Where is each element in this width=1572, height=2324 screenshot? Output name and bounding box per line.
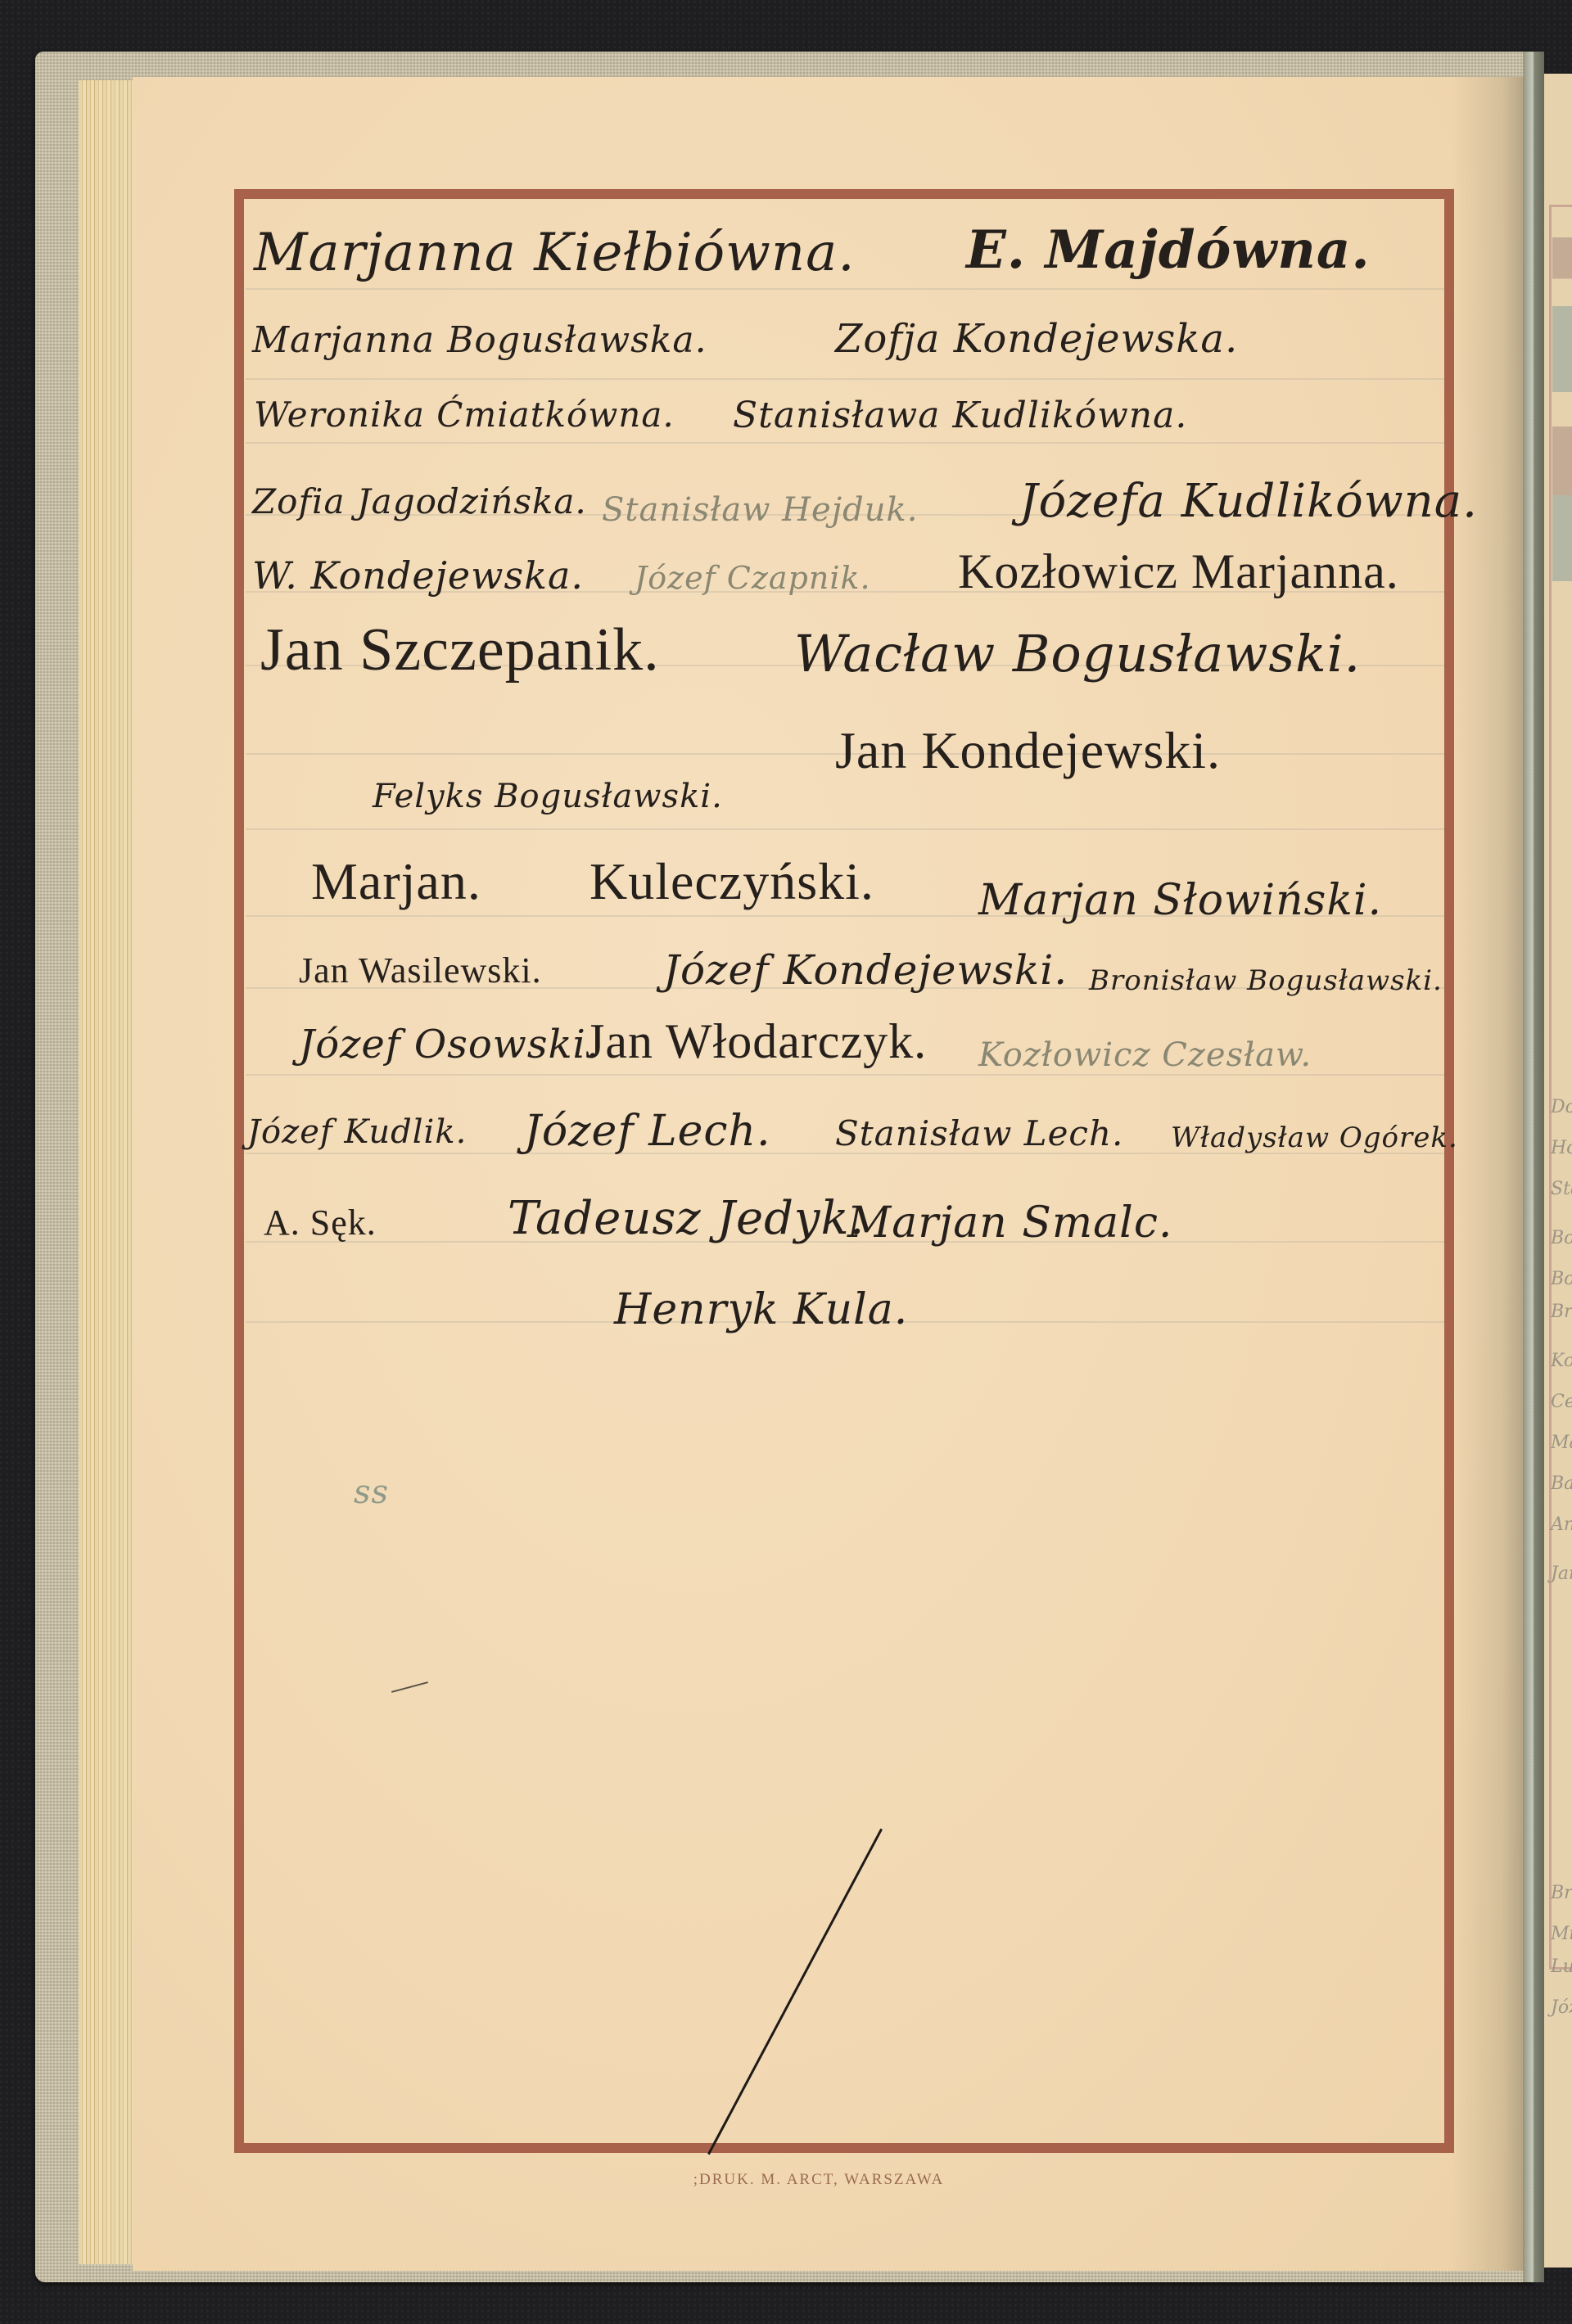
- signature-faint: Józef Czapnik.: [635, 560, 871, 596]
- signature: Marjanna Kiełbiówna.: [254, 223, 856, 283]
- signature: Felyks Bogusławski.: [373, 778, 723, 815]
- signature: Władysław Ogórek.: [1171, 1121, 1458, 1154]
- signature-faint: Stanisław Hejduk.: [602, 491, 918, 529]
- signature: Józef Kondejewski.: [663, 946, 1068, 994]
- next-page-text: Broni: [1551, 1302, 1572, 1322]
- signature: Kuleczyński.: [589, 851, 874, 912]
- next-page-text: Bolk: [1551, 1228, 1572, 1248]
- signature: Bronisław Bogusławski.: [1089, 964, 1443, 997]
- signature: Tadeusz Jedyk.: [508, 1192, 865, 1245]
- signature: Jan Wasilewski.: [299, 950, 542, 991]
- signature: E. Majdówna.: [966, 219, 1371, 281]
- next-page-edge: Dobr Hond Stan Bolk Bogu Broni Kon Cecil…: [1544, 74, 1572, 2268]
- next-page-text: Hond: [1551, 1138, 1572, 1158]
- next-page-text: Mi: [1551, 1924, 1572, 1944]
- signature: Zofja Kondejewska.: [835, 316, 1238, 362]
- pencil-mark: ss: [354, 1473, 389, 1511]
- next-page-text: Lud: [1551, 1956, 1572, 1977]
- page-block-edges: [79, 80, 134, 2264]
- signature: Stanisława Kudlikówna.: [733, 395, 1187, 436]
- signature: Wacław Bogusławski.: [794, 624, 1361, 684]
- next-page-text: Józ: [1551, 1997, 1572, 2018]
- next-page-text: Kon: [1551, 1351, 1572, 1371]
- next-page-text: Cecil: [1551, 1392, 1572, 1412]
- next-page-text: Ant: [1551, 1514, 1572, 1535]
- signature: Józef Osowski.: [299, 1022, 599, 1067]
- signature-faint: Kozłowicz Czesław.: [978, 1036, 1312, 1074]
- signature: Jan Włodarczyk.: [585, 1013, 927, 1070]
- signature: W. Kondejewska.: [252, 553, 584, 598]
- signature: Jan Kondejewski.: [835, 720, 1221, 781]
- next-page-text: Jani: [1551, 1564, 1572, 1584]
- next-page-text: Barb: [1551, 1473, 1572, 1494]
- signature: Marjanna Bogusławska.: [252, 319, 707, 361]
- signature: A. Sęk.: [264, 1202, 377, 1243]
- next-page-ornament: [1552, 237, 1572, 581]
- signature: Marjan.: [311, 851, 481, 912]
- next-page-text: Dobr: [1551, 1097, 1572, 1117]
- book-gutter: [1523, 52, 1544, 2282]
- signature: Stanisław Lech.: [835, 1113, 1123, 1153]
- signature: Henryk Kula.: [614, 1285, 908, 1334]
- signature: Zofia Jagodzińska.: [252, 481, 587, 521]
- signature: Józefa Kudlikówna.: [1019, 475, 1478, 528]
- signature: Marjan Smalc.: [847, 1198, 1172, 1248]
- next-page-text: Mar: [1551, 1433, 1572, 1453]
- signature: Józef Lech.: [524, 1107, 771, 1156]
- signature: Marjan Słowiński.: [978, 876, 1382, 925]
- next-page-text: Stan: [1551, 1179, 1572, 1199]
- next-page-text: Bogu: [1551, 1269, 1572, 1289]
- signature: Weronika Ćmiatkówna.: [254, 395, 675, 435]
- signature: Kozłowicz Marjanna.: [958, 544, 1399, 600]
- signature: Józef Kudlik.: [247, 1113, 467, 1151]
- next-page-text: Bro: [1551, 1883, 1572, 1903]
- signature: Jan Szczepanik.: [260, 616, 660, 685]
- printer-imprint: ;DRUK. M. ARCT, WARSZAWA: [0, 2171, 1572, 2189]
